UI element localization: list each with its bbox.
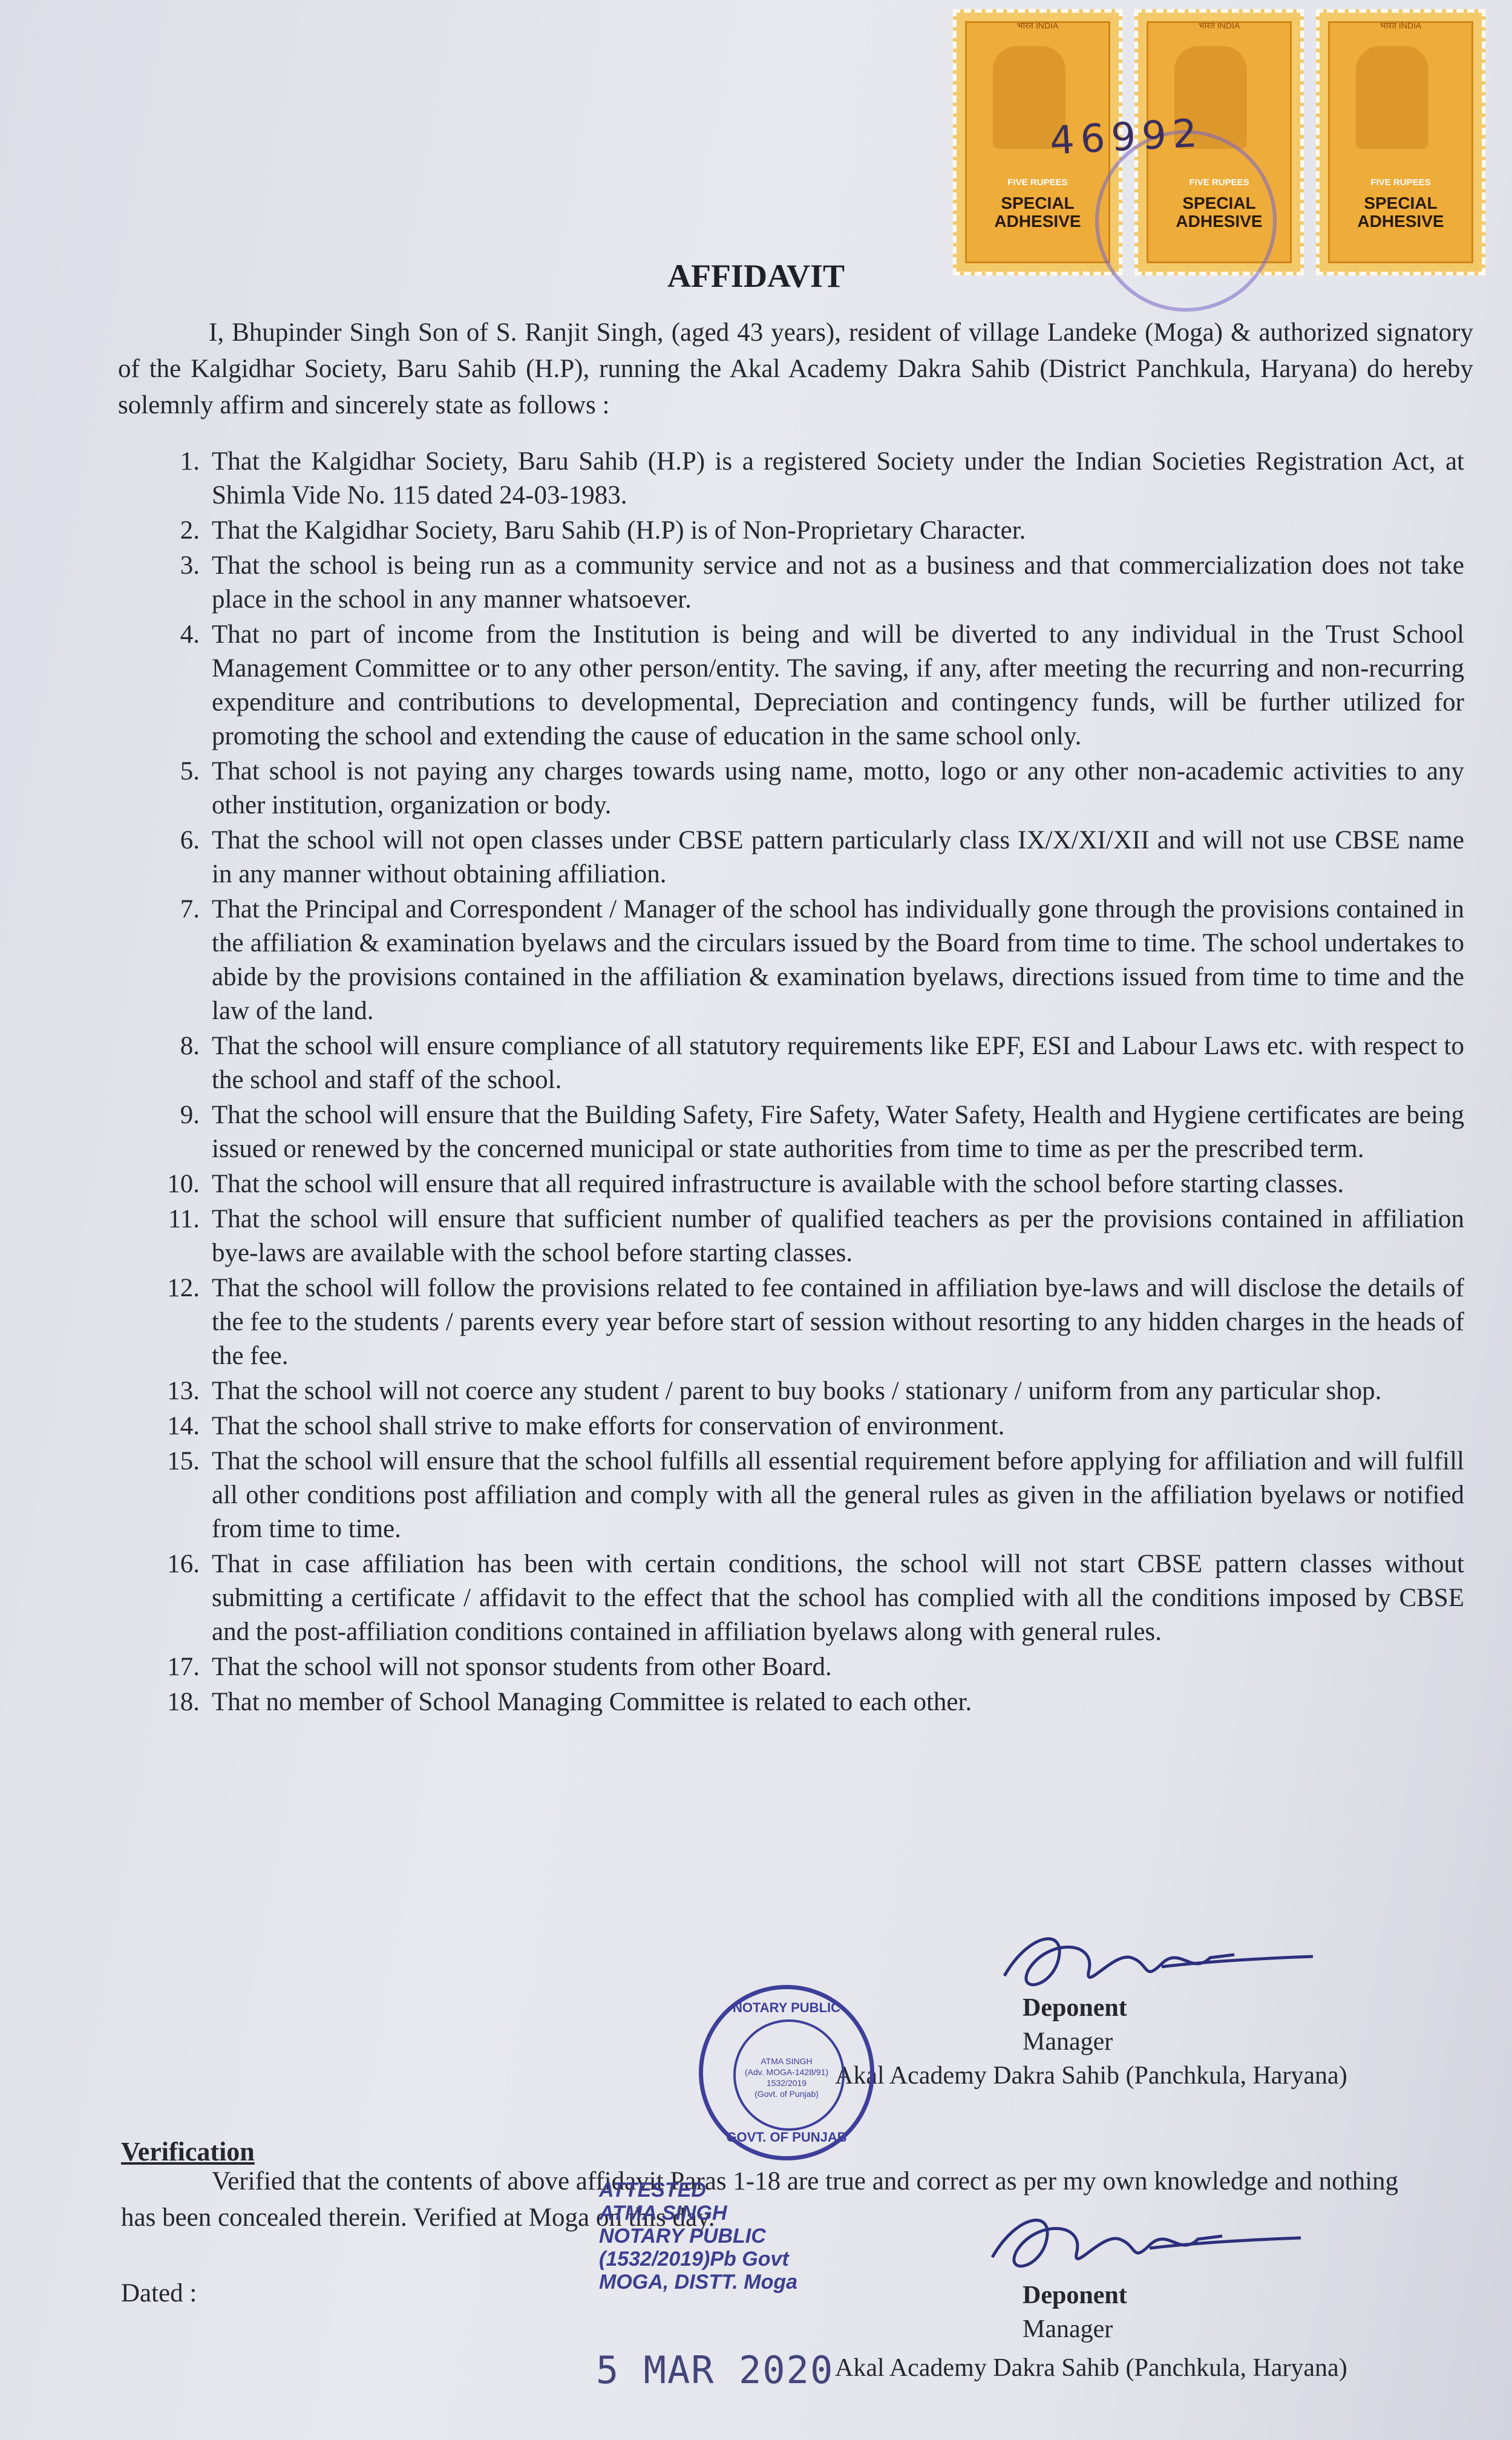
clause-text: That the school is being run as a commun… (212, 551, 1464, 614)
clause-number: 10. (145, 1167, 200, 1201)
clause-text: That the Kalgidhar Society, Baru Sahib (… (212, 447, 1464, 510)
clause-item: 6.That the school will not open classes … (145, 824, 1464, 891)
clause-number: 15. (145, 1445, 200, 1478)
clause-item: 17.That the school will not sponsor stud… (145, 1650, 1464, 1684)
clause-text: That the school will ensure that suffici… (212, 1205, 1464, 1267)
document-title: AFFIDAVIT (0, 257, 1512, 295)
clause-item: 1.That the Kalgidhar Society, Baru Sahib… (145, 445, 1464, 513)
dated-label: Dated : (121, 2278, 197, 2308)
clause-number: 4. (145, 618, 200, 652)
clause-item: 2.That the Kalgidhar Society, Baru Sahib… (145, 514, 1464, 548)
clause-list: 1.That the Kalgidhar Society, Baru Sahib… (145, 445, 1464, 1720)
clause-text: That the Principal and Correspondent / M… (212, 895, 1464, 1025)
ashoka-emblem-icon (1356, 46, 1429, 149)
clause-text: That no part of income from the Institut… (212, 620, 1464, 750)
clause-text: That no member of School Managing Commit… (212, 1688, 972, 1716)
clause-number: 1. (145, 445, 200, 479)
clause-item: 12.That the school will follow the provi… (145, 1271, 1464, 1373)
intro-paragraph: I, Bhupinder Singh Son of S. Ranjit Sing… (118, 315, 1473, 424)
clause-text: That the school will follow the provisio… (212, 1274, 1464, 1370)
clause-item: 18.That no member of School Managing Com… (145, 1685, 1464, 1719)
clause-number: 14. (145, 1409, 200, 1443)
clause-text: That the school will ensure that the sch… (212, 1447, 1464, 1543)
notary-seal: NOTARY PUBLIC ATMA SINGH(Adv. MOGA-1428/… (699, 1985, 874, 2160)
clause-item: 9.That the school will ensure that the B… (145, 1098, 1464, 1166)
clause-text: That the school will ensure compliance o… (212, 1032, 1464, 1094)
clause-number: 9. (145, 1098, 200, 1132)
deponent-block-2: Deponent Manager (1023, 2278, 1127, 2346)
attestation-stamp: ATTESTEDATMA SINGHNOTARY PUBLIC(1532/201… (599, 2179, 797, 2294)
clause-item: 4.That no part of income from the Instit… (145, 618, 1464, 753)
clause-item: 5.That school is not paying any charges … (145, 755, 1464, 822)
clause-number: 2. (145, 514, 200, 548)
clause-number: 17. (145, 1650, 200, 1684)
clause-number: 6. (145, 824, 200, 858)
date-stamp: 5 MAR 2020 (596, 2348, 834, 2392)
clause-text: That the school will not sponsor student… (212, 1653, 832, 1681)
stamp-serial-number: 46992 (1049, 111, 1204, 163)
clause-item: 7.That the Principal and Correspondent /… (145, 893, 1464, 1028)
clause-item: 8.That the school will ensure compliance… (145, 1029, 1464, 1097)
clause-number: 5. (145, 755, 200, 789)
clause-number: 18. (145, 1685, 200, 1719)
clause-number: 8. (145, 1029, 200, 1063)
clause-number: 13. (145, 1374, 200, 1408)
clause-text: That the school shall strive to make eff… (212, 1412, 1004, 1440)
institution-2: Akal Academy Dakra Sahib (Panchkula, Har… (835, 2351, 1347, 2385)
deponent-block-1: Deponent Manager (1023, 1991, 1127, 2059)
clause-text: That the school will ensure that all req… (212, 1170, 1344, 1198)
clause-number: 12. (145, 1271, 200, 1305)
clause-item: 16.That in case affiliation has been wit… (145, 1547, 1464, 1649)
clause-number: 11. (145, 1202, 200, 1236)
clause-number: 7. (145, 893, 200, 926)
clause-item: 13.That the school will not coerce any s… (145, 1374, 1464, 1408)
clause-item: 14.That the school shall strive to make … (145, 1409, 1464, 1443)
institution-1: Akal Academy Dakra Sahib (Panchkula, Har… (835, 2059, 1347, 2093)
clause-item: 11.That the school will ensure that suff… (145, 1202, 1464, 1270)
clause-text: That the school will not coerce any stud… (212, 1377, 1381, 1405)
verification-heading: Verification (121, 2136, 255, 2167)
clause-text: That the school will ensure that the Bui… (212, 1101, 1464, 1163)
clause-number: 16. (145, 1547, 200, 1581)
signature-icon (980, 2203, 1307, 2287)
clause-item: 3.That the school is being run as a comm… (145, 549, 1464, 617)
clause-item: 15.That the school will ensure that the … (145, 1445, 1464, 1546)
clause-text: That school is not paying any charges to… (212, 757, 1464, 819)
clause-text: That in case affiliation has been with c… (212, 1550, 1464, 1646)
revenue-stamp: भारत INDIA FIVE RUPEES SPECIALADHESIVE (1316, 9, 1485, 275)
clause-number: 3. (145, 549, 200, 583)
clause-text: That the school will not open classes un… (212, 826, 1464, 888)
clause-item: 10.That the school will ensure that all … (145, 1167, 1464, 1201)
clause-text: That the Kalgidhar Society, Baru Sahib (… (212, 516, 1026, 545)
